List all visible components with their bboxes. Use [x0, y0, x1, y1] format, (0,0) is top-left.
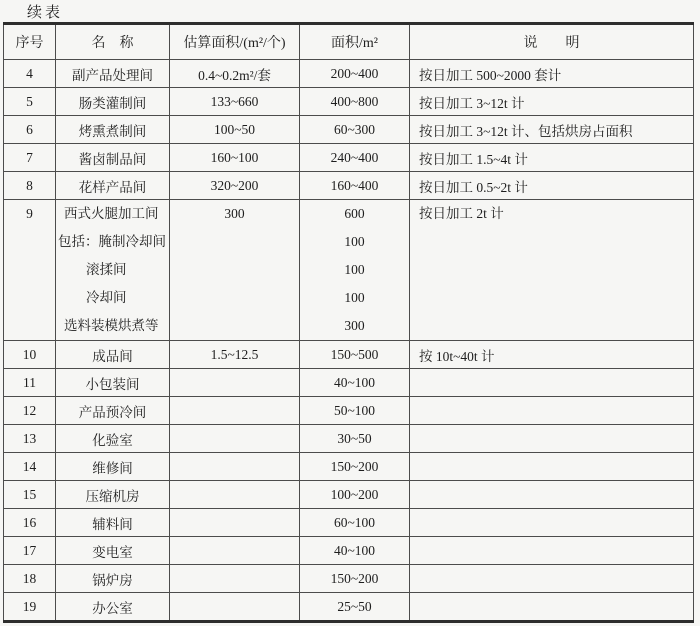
room-subname: 滚揉间 — [56, 256, 169, 284]
cell-no: 12 — [4, 397, 56, 425]
scanned-document-page: 续表 序号 名 称 估算面积/(m²/个) 面积/m² 说 明 4副产品处理间0… — [0, 0, 700, 626]
cell-no: 10 — [4, 341, 56, 369]
cell-no: 15 — [4, 481, 56, 509]
column-header-area: 面积/m² — [300, 24, 410, 60]
room-subname: 选料装模烘煮等 — [56, 312, 169, 340]
cell-no: 18 — [4, 565, 56, 593]
cell-note: 按 10t~40t 计 — [410, 341, 694, 369]
room-name: 西式火腿加工间 — [56, 200, 169, 228]
cell-estimated-area: 160~100 — [170, 144, 300, 172]
cell-estimated-area — [170, 397, 300, 425]
cell-note: 按日加工 1.5~4t 计 — [410, 144, 694, 172]
cell-no: 17 — [4, 537, 56, 565]
cell-estimated-area — [170, 453, 300, 481]
table-row: 16辅料间60~100 — [4, 509, 694, 537]
cell-name: 压缩机房 — [56, 481, 170, 509]
cell-note: 按日加工 0.5~2t 计 — [410, 172, 694, 200]
cell-name: 肠类灌制间 — [56, 88, 170, 116]
cell-area: 150~500 — [300, 341, 410, 369]
cell-no: 8 — [4, 172, 56, 200]
note-text: 按日加工 2t 计 — [410, 200, 693, 228]
cell-estimated-area: 1.5~12.5 — [170, 341, 300, 369]
cell-note — [410, 593, 694, 622]
cell-no: 4 — [4, 60, 56, 88]
table-body: 4副产品处理间0.4~0.2m²/套200~400按日加工 500~2000 套… — [4, 60, 694, 622]
cell-no: 14 — [4, 453, 56, 481]
cell-area: 400~800 — [300, 88, 410, 116]
table-row: 11小包装间40~100 — [4, 369, 694, 397]
cell-name: 成品间 — [56, 341, 170, 369]
cell-estimated-area — [170, 509, 300, 537]
table-row: 15压缩机房100~200 — [4, 481, 694, 509]
cell-estimated-area — [170, 593, 300, 622]
room-subname: 包括：腌制冷却间 — [56, 228, 169, 256]
cell-estimated-area — [170, 537, 300, 565]
table-row: 19办公室25~50 — [4, 593, 694, 622]
cell-note — [410, 509, 694, 537]
cell-estimated-area: 320~200 — [170, 172, 300, 200]
cell-no: 19 — [4, 593, 56, 622]
table-row: 14维修间150~200 — [4, 453, 694, 481]
table-row: 8花样产品间320~200160~400按日加工 0.5~2t 计 — [4, 172, 694, 200]
cell-name: 锅炉房 — [56, 565, 170, 593]
column-header-note: 说 明 — [410, 24, 694, 60]
table-row: 18锅炉房150~200 — [4, 565, 694, 593]
table-row: 6烤熏煮制间100~5060~300按日加工 3~12t 计、包括烘房占面积 — [4, 116, 694, 144]
cell-area: 160~400 — [300, 172, 410, 200]
cell-estimated-area: 300 — [170, 200, 300, 341]
cell-note — [410, 537, 694, 565]
cell-area: 25~50 — [300, 593, 410, 622]
cell-estimated-area: 100~50 — [170, 116, 300, 144]
cell-area: 30~50 — [300, 425, 410, 453]
column-header-no: 序号 — [4, 24, 56, 60]
cell-no: 6 — [4, 116, 56, 144]
cell-name: 小包装间 — [56, 369, 170, 397]
area-value: 100 — [300, 256, 409, 284]
cell-name: 烤熏煮制间 — [56, 116, 170, 144]
cell-area: 40~100 — [300, 537, 410, 565]
cell-area: 600100100100300 — [300, 200, 410, 341]
cell-name: 花样产品间 — [56, 172, 170, 200]
continuation-table-label: 续表 — [27, 1, 63, 22]
cell-name: 酱卤制品间 — [56, 144, 170, 172]
cell-area: 60~100 — [300, 509, 410, 537]
room-subname: 冷却间 — [56, 284, 169, 312]
cell-no: 16 — [4, 509, 56, 537]
estimated-area-value: 300 — [170, 200, 299, 228]
cell-no: 5 — [4, 88, 56, 116]
cell-note — [410, 425, 694, 453]
cell-note: 按日加工 2t 计 — [410, 200, 694, 341]
cell-estimated-area — [170, 481, 300, 509]
cell-note: 按日加工 3~12t 计、包括烘房占面积 — [410, 116, 694, 144]
table-row: 17变电室40~100 — [4, 537, 694, 565]
area-value: 100 — [300, 284, 409, 312]
cell-area: 240~400 — [300, 144, 410, 172]
column-header-est: 估算面积/(m²/个) — [170, 24, 300, 60]
cell-name: 副产品处理间 — [56, 60, 170, 88]
cell-area: 100~200 — [300, 481, 410, 509]
cell-note: 按日加工 3~12t 计 — [410, 88, 694, 116]
cell-name: 化验室 — [56, 425, 170, 453]
cell-note: 按日加工 500~2000 套计 — [410, 60, 694, 88]
table-row: 7酱卤制品间160~100240~400按日加工 1.5~4t 计 — [4, 144, 694, 172]
cell-estimated-area: 133~660 — [170, 88, 300, 116]
cell-area: 40~100 — [300, 369, 410, 397]
cell-no: 13 — [4, 425, 56, 453]
cell-note — [410, 369, 694, 397]
table-header-row: 序号 名 称 估算面积/(m²/个) 面积/m² 说 明 — [4, 24, 694, 60]
cell-name: 产品预冷间 — [56, 397, 170, 425]
table-row: 10成品间1.5~12.5150~500按 10t~40t 计 — [4, 341, 694, 369]
table-row: 5肠类灌制间133~660400~800按日加工 3~12t 计 — [4, 88, 694, 116]
cell-area: 150~200 — [300, 565, 410, 593]
column-header-name: 名 称 — [56, 24, 170, 60]
area-value: 600 — [300, 200, 409, 228]
cell-no: 7 — [4, 144, 56, 172]
cell-estimated-area — [170, 565, 300, 593]
area-value: 100 — [300, 228, 409, 256]
cell-name: 维修间 — [56, 453, 170, 481]
cell-name: 西式火腿加工间包括：腌制冷却间滚揉间冷却间选料装模烘煮等 — [56, 200, 170, 341]
cell-area: 60~300 — [300, 116, 410, 144]
cell-area: 200~400 — [300, 60, 410, 88]
table-row: 12产品预冷间50~100 — [4, 397, 694, 425]
table-row: 4副产品处理间0.4~0.2m²/套200~400按日加工 500~2000 套… — [4, 60, 694, 88]
cell-no: 11 — [4, 369, 56, 397]
table-row: 13化验室30~50 — [4, 425, 694, 453]
cell-name: 办公室 — [56, 593, 170, 622]
row-number: 9 — [4, 200, 55, 228]
cell-note — [410, 453, 694, 481]
cell-estimated-area: 0.4~0.2m²/套 — [170, 60, 300, 88]
cell-no: 9 — [4, 200, 56, 341]
table-row: 9西式火腿加工间包括：腌制冷却间滚揉间冷却间选料装模烘煮等30060010010… — [4, 200, 694, 341]
cell-name: 变电室 — [56, 537, 170, 565]
area-estimation-table: 序号 名 称 估算面积/(m²/个) 面积/m² 说 明 4副产品处理间0.4~… — [3, 22, 694, 623]
cell-name: 辅料间 — [56, 509, 170, 537]
area-value: 300 — [300, 312, 409, 340]
cell-area: 150~200 — [300, 453, 410, 481]
cell-estimated-area — [170, 425, 300, 453]
cell-estimated-area — [170, 369, 300, 397]
cell-note — [410, 481, 694, 509]
cell-area: 50~100 — [300, 397, 410, 425]
cell-note — [410, 565, 694, 593]
cell-note — [410, 397, 694, 425]
